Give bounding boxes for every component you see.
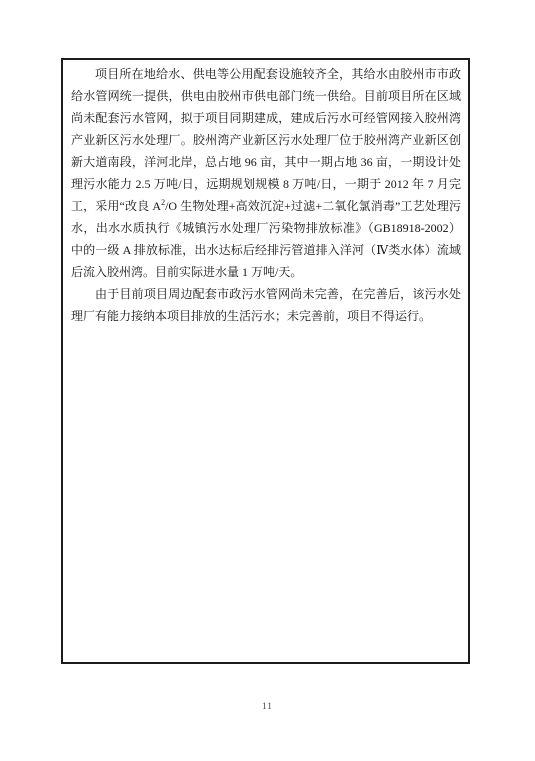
- paragraph-operation-condition: 由于目前项目周边配套市政污水管网尚未完善，在完善后，该污水处理厂有能力接纳本项目…: [71, 283, 461, 327]
- paragraph1-text-before-sup: 项目所在地给水、供电等公用配套设施较齐全，其给水由胶州市市政给水管网统一提供，供…: [71, 67, 461, 213]
- document-page: 项目所在地给水、供电等公用配套设施较齐全，其给水由胶州市市政给水管网统一提供，供…: [0, 0, 535, 761]
- page-number: 11: [0, 701, 535, 711]
- content-border-box: 项目所在地给水、供电等公用配套设施较齐全，其给水由胶州市市政给水管网统一提供，供…: [61, 58, 470, 664]
- paragraph-utilities-wastewater: 项目所在地给水、供电等公用配套设施较齐全，其给水由胶州市市政给水管网统一提供，供…: [71, 63, 461, 283]
